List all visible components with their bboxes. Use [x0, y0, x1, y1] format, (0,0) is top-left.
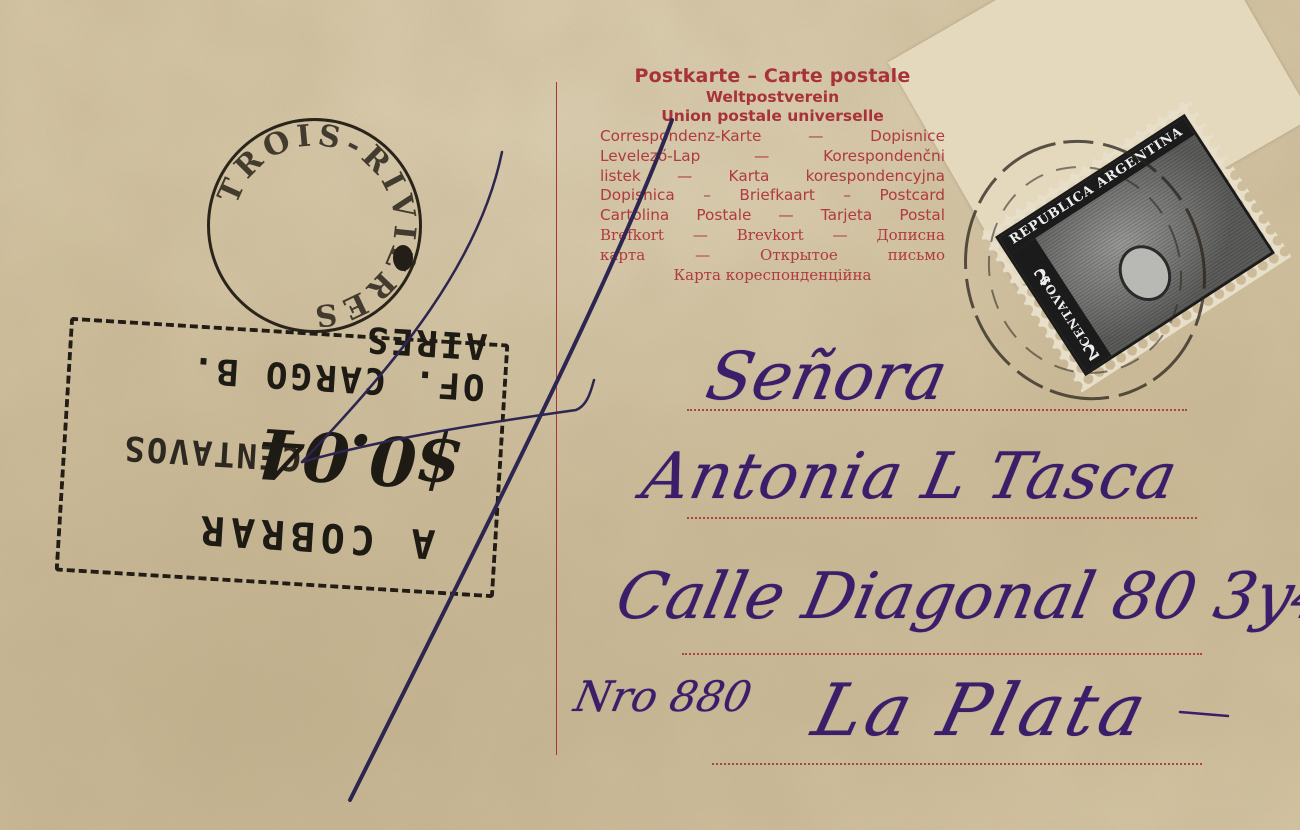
header-line: Correspondenz-Karte — Dopisnice	[600, 127, 945, 147]
address-street: Calle Diagonal 80 3y4	[610, 560, 1300, 634]
postcard: Postkarte – Carte postale Weltpostverein…	[0, 0, 1300, 830]
header-line: listek — Karta korespondencyjna	[600, 167, 945, 187]
header-subtitle: Weltpostverein	[600, 88, 945, 107]
header-line: Dopisnica – Briefkaart – Postcard	[600, 186, 945, 206]
address-city: La Plata	[805, 668, 1158, 752]
header-line: карта — Открытое письмо	[600, 246, 945, 266]
address-line-4	[712, 763, 1202, 765]
header-title: Postkarte – Carte postale	[600, 64, 945, 88]
svg-text:TROIS-RIVIÈRES: TROIS-RIVIÈRES	[211, 118, 422, 333]
stamp-coat-of-arms-icon	[1108, 235, 1182, 311]
address-line-2	[687, 517, 1197, 519]
header-line: Brefkort — Brevkort — Дописна	[600, 226, 945, 246]
address-house-number: Nro 880	[570, 672, 756, 721]
header-line: Levelező-Lap — Korespondenčni	[600, 147, 945, 167]
header-last-line: Карта кореспонденційна	[600, 266, 945, 286]
header-line: Cartolina Postale — Tarjeta Postal	[600, 206, 945, 226]
postage-due-cachet: A COBRAR $0.04 CENTAVOS OF. CARGO B. AIR…	[55, 317, 510, 598]
round-postmark-text: TROIS-RIVIÈRES	[207, 118, 422, 333]
address-line-3	[682, 653, 1202, 655]
address-salutation: Señora	[700, 338, 954, 415]
printed-header: Postkarte – Carte postale Weltpostverein…	[600, 64, 945, 285]
address-name: Antonia L Tasca	[636, 440, 1184, 514]
center-divider-line	[556, 82, 557, 755]
header-union: Union postale universelle	[600, 107, 945, 126]
